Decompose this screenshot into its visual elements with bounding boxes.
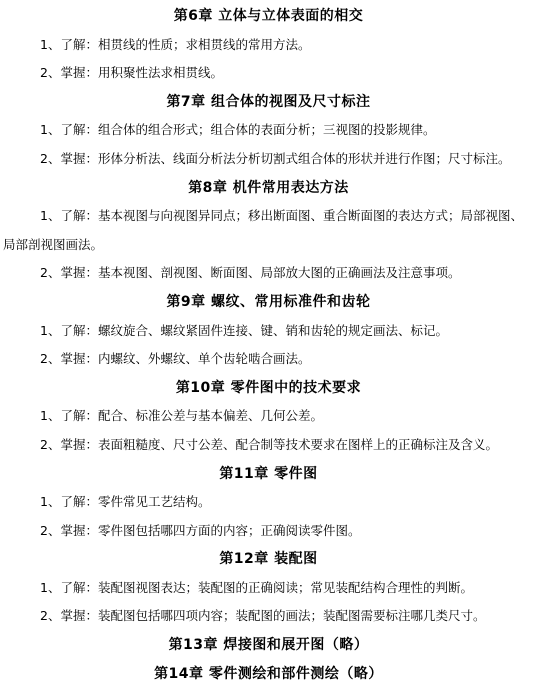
chapter-heading-8: 第8章 机件常用表达方法 [3,174,534,203]
chapter-10-item-2: 2、掌握：表面粗糙度、尺寸公差、配合制等技术要求在图样上的正确标注及含义。 [3,431,534,460]
document-page: 第6章 立体与立体表面的相交 1、了解：相贯线的性质；求相贯线的常用方法。 2、… [0,0,537,700]
chapter-heading-6: 第6章 立体与立体表面的相交 [3,2,534,31]
chapter-7-item-1: 1、了解：组合体的组合形式；组合体的表面分析；三视图的投影规律。 [3,116,534,145]
chapter-10-item-1: 1、了解：配合、标准公差与基本偏差、几何公差。 [3,402,534,431]
chapter-8-item-1: 1、了解：基本视图与向视图异同点；移出断面图、重合断面图的表达方式；局部视图、局… [3,202,534,259]
chapter-heading-11: 第11章 零件图 [3,460,534,489]
chapter-11-item-2: 2、掌握：零件图包括哪四方面的内容；正确阅读零件图。 [3,517,534,546]
chapter-9-item-2: 2、掌握：内螺纹、外螺纹、单个齿轮啮合画法。 [3,345,534,374]
chapter-8-item-2: 2、掌握：基本视图、剖视图、断面图、局部放大图的正确画法及注意事项。 [3,259,534,288]
chapter-12-item-1: 1、了解：装配图视图表达；装配图的正确阅读；常见装配结构合理性的判断。 [3,574,534,603]
chapter-9-item-1: 1、了解：螺纹旋合、螺纹紧固件连接、键、销和齿轮的规定画法、标记。 [3,317,534,346]
chapter-11-item-1: 1、了解：零件常见工艺结构。 [3,488,534,517]
chapter-heading-13: 第13章 焊接图和展开图（略） [3,631,534,660]
chapter-12-item-2: 2、掌握：装配图包括哪四项内容；装配图的画法；装配图需要标注哪几类尺寸。 [3,602,534,631]
chapter-heading-10: 第10章 零件图中的技术要求 [3,374,534,403]
chapter-heading-7: 第7章 组合体的视图及尺寸标注 [3,88,534,117]
chapter-heading-14: 第14章 零件测绘和部件测绘（略） [3,660,534,689]
chapter-heading-12: 第12章 装配图 [3,545,534,574]
chapter-7-item-2: 2、掌握：形体分析法、线面分析法分析切割式组合体的形状并进行作图；尺寸标注。 [3,145,534,174]
chapter-6-item-1: 1、了解：相贯线的性质；求相贯线的常用方法。 [3,31,534,60]
chapter-heading-9: 第9章 螺纹、常用标准件和齿轮 [3,288,534,317]
chapter-6-item-2: 2、掌握：用积聚性法求相贯线。 [3,59,534,88]
